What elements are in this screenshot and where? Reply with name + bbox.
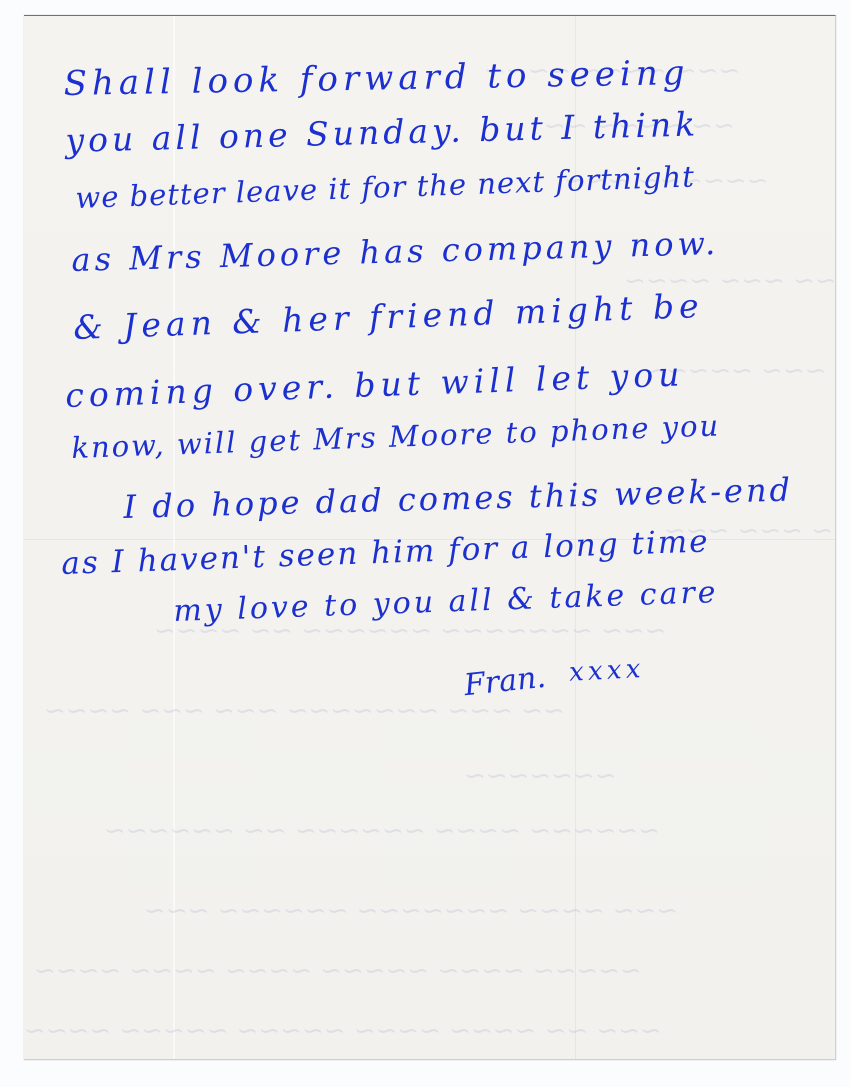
kisses: x x x x <box>568 654 639 688</box>
letter-page: ~~~ ~~~~ ~~~~ ~~ ~~~~ ~~ ~~~~~~ ~~~ ~~~~… <box>24 15 836 1060</box>
